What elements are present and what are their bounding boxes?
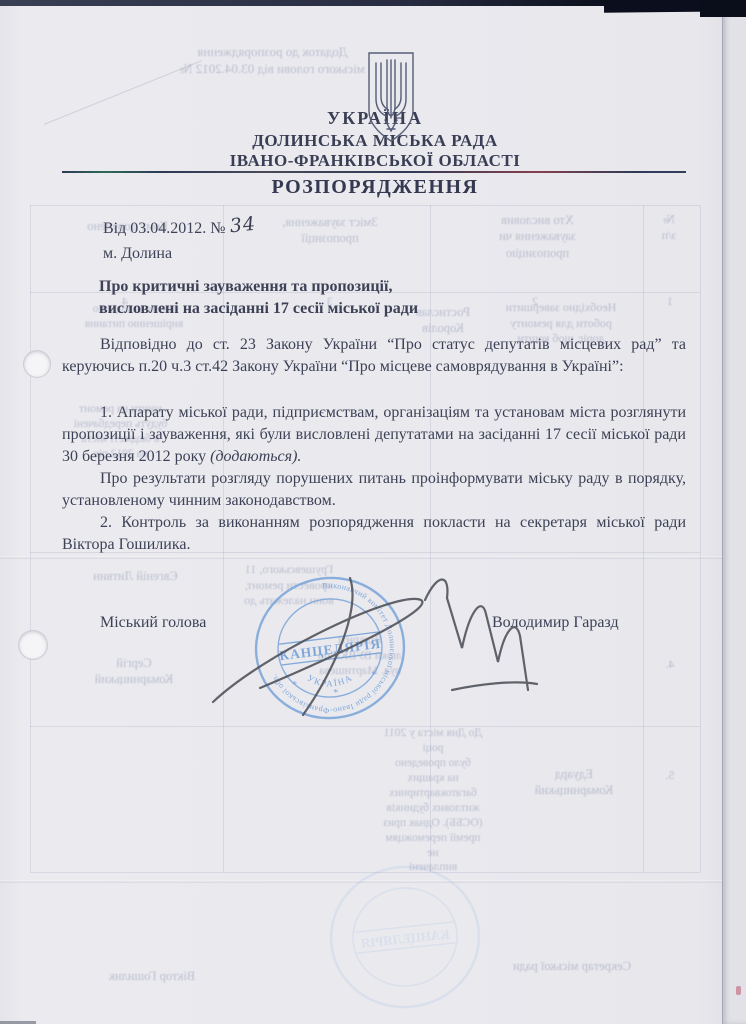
handwritten-signature <box>185 555 545 735</box>
document-type-title: РОЗПОРЯДЖЕННЯ <box>62 176 688 199</box>
date-line: Від 03.04.2012. № 34 <box>103 216 256 240</box>
date-label: Від 03.04.2012. № <box>103 220 226 237</box>
handwritten-doc-number: 34 <box>228 213 256 238</box>
item1-text: 1. Апарату міської ради, підприємствам, … <box>62 404 686 465</box>
hole-punch <box>24 351 50 377</box>
item1b-paragraph: Про результати розгляду порушених питань… <box>62 468 686 512</box>
tryzub-emblem-icon <box>362 50 420 148</box>
preamble-paragraph: Відповідно до ст. 23 Закону України “Про… <box>62 334 686 378</box>
letterhead-rule <box>62 171 686 173</box>
item1-italic-note: (додаються). <box>210 448 301 465</box>
scanned-document: Додаток до розпорядження міського голови… <box>0 0 746 1024</box>
subject-heading: Про критичні зауваження та пропозиції, в… <box>99 276 418 319</box>
hole-punch <box>19 631 47 659</box>
document-content: УКРАЇНА ДОЛИНСЬКА МІСЬКА РАДА ІВАНО-ФРАН… <box>0 0 746 1024</box>
organization-region: ІВАНО-ФРАНКІВСЬКОЇ ОБЛАСТІ <box>62 151 688 171</box>
subject-line2: висловлені на засіданні 17 сесії міської… <box>99 298 418 320</box>
subject-line1: Про критичні зауваження та пропозиції, <box>99 276 418 298</box>
item2-paragraph: 2. Контроль за виконанням розпорядження … <box>62 512 686 556</box>
city-line: м. Долина <box>103 243 172 265</box>
item1-paragraph: 1. Апарату міської ради, підприємствам, … <box>62 402 686 468</box>
